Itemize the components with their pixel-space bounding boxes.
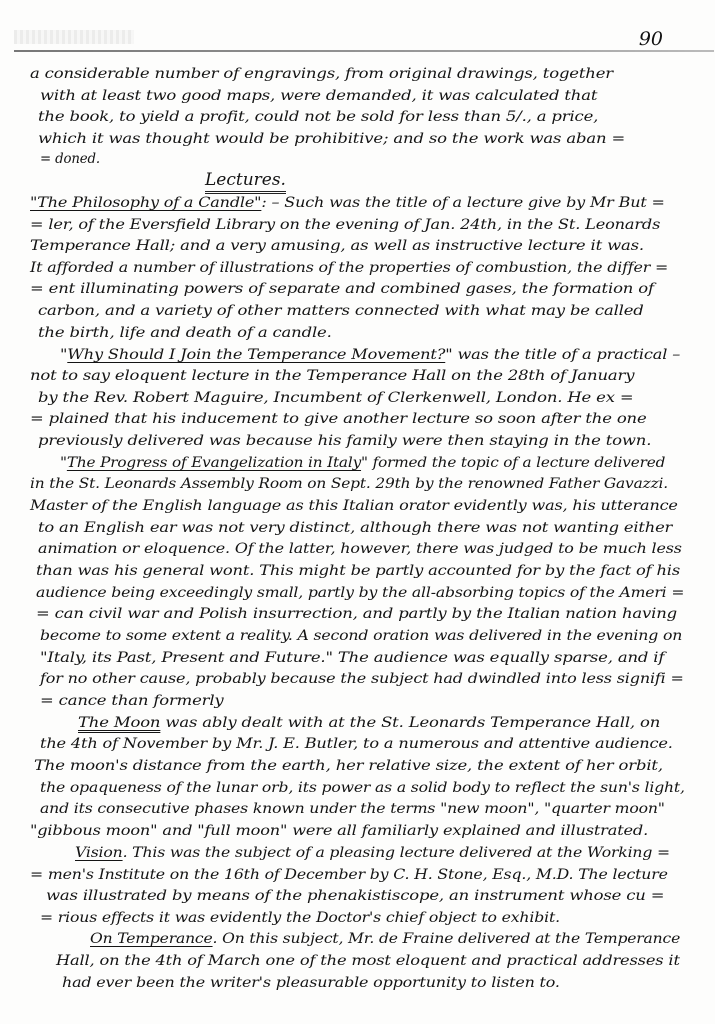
manuscript-line: the book, to yield a profit, could not b… <box>38 109 598 125</box>
manuscript-line: = can civil war and Polish insurrection,… <box>36 606 677 622</box>
scan-smudge <box>14 30 134 44</box>
header-rule <box>14 50 714 52</box>
manuscript-line: On Temperance. On this subject, Mr. de F… <box>90 931 680 947</box>
manuscript-line: Vision. This was the subject of a pleasi… <box>75 845 670 861</box>
manuscript-line: was illustrated by means of the phenakis… <box>46 888 664 904</box>
manuscript-line: "Italy, its Past, Present and Future." T… <box>40 650 664 666</box>
manuscript-line: animation or eloquence. Of the latter, h… <box>38 541 682 557</box>
manuscript-line: It afforded a number of illustrations of… <box>30 260 668 276</box>
manuscript-line: "gibbous moon" and "full moon" were all … <box>30 823 648 839</box>
underlined-title: Vision <box>75 845 123 861</box>
manuscript-line: "The Philosophy of a Candle": – Such was… <box>30 195 665 211</box>
manuscript-line: the 4th of November by Mr. J. E. Butler,… <box>40 736 673 752</box>
manuscript-line: = rious effects it was evidently the Doc… <box>40 910 560 926</box>
manuscript-line: by the Rev. Robert Maguire, Incumbent of… <box>38 390 633 406</box>
underlined-title: On Temperance <box>90 931 213 947</box>
manuscript-page: 90 Lectures. a considerable number of en… <box>0 0 715 1024</box>
manuscript-line: "Why Should I Join the Temperance Moveme… <box>60 347 680 363</box>
manuscript-line: "The Progress of Evangelization in Italy… <box>60 455 665 471</box>
manuscript-line: become to some extent a reality. A secon… <box>40 628 682 644</box>
underlined-title: Why Should I Join the Temperance Movemen… <box>67 347 445 363</box>
underlined-title: The Progress of Evangelization in Italy <box>67 455 361 471</box>
manuscript-line: had ever been the writer's pleasurable o… <box>62 975 560 991</box>
manuscript-line: The Moon was ably dealt with at the St. … <box>78 715 660 731</box>
underlined-title: The Moon <box>78 715 160 731</box>
underlined-title: "The Philosophy of a Candle" <box>30 195 261 211</box>
manuscript-line: Hall, on the 4th of March one of the mos… <box>56 953 680 969</box>
manuscript-line: carbon, and a variety of other matters c… <box>38 303 644 319</box>
manuscript-line: the opaqueness of the lunar orb, its pow… <box>40 780 685 796</box>
page-number: 90 <box>639 28 663 50</box>
manuscript-line: = ler, of the Eversfield Library on the … <box>30 217 660 233</box>
manuscript-line: not to say eloquent lecture in the Tempe… <box>30 368 634 384</box>
manuscript-line: = men's Institute on the 16th of Decembe… <box>30 867 668 883</box>
manuscript-line: = ent illuminating powers of separate an… <box>30 281 654 297</box>
manuscript-line: = cance than formerly <box>40 693 224 709</box>
manuscript-line: and its consecutive phases known under t… <box>40 801 665 817</box>
manuscript-line: audience being exceedingly small, partly… <box>36 585 684 601</box>
manuscript-line: Master of the English language as this I… <box>30 498 678 514</box>
manuscript-line: = plained that his inducement to give an… <box>30 411 647 427</box>
manuscript-line: which it was thought would be prohibitiv… <box>38 131 625 147</box>
manuscript-line: the birth, life and death of a candle. <box>38 325 332 341</box>
manuscript-line: with at least two good maps, were demand… <box>40 88 597 104</box>
manuscript-line: to an English ear was not very distinct,… <box>38 520 672 536</box>
manuscript-line: for no other cause, probably because the… <box>40 671 684 687</box>
manuscript-line: Temperance Hall; and a very amusing, as … <box>30 238 644 254</box>
manuscript-line: in the St. Leonards Assembly Room on Sep… <box>30 476 668 492</box>
section-heading-lectures: Lectures. <box>205 170 286 194</box>
manuscript-line: a considerable number of engravings, fro… <box>30 66 613 82</box>
manuscript-line: previously delivered was because his fam… <box>38 433 651 449</box>
manuscript-line: = doned. <box>40 151 100 167</box>
manuscript-line: than was his general wont. This might be… <box>36 563 680 579</box>
manuscript-line: The moon's distance from the earth, her … <box>34 758 663 774</box>
